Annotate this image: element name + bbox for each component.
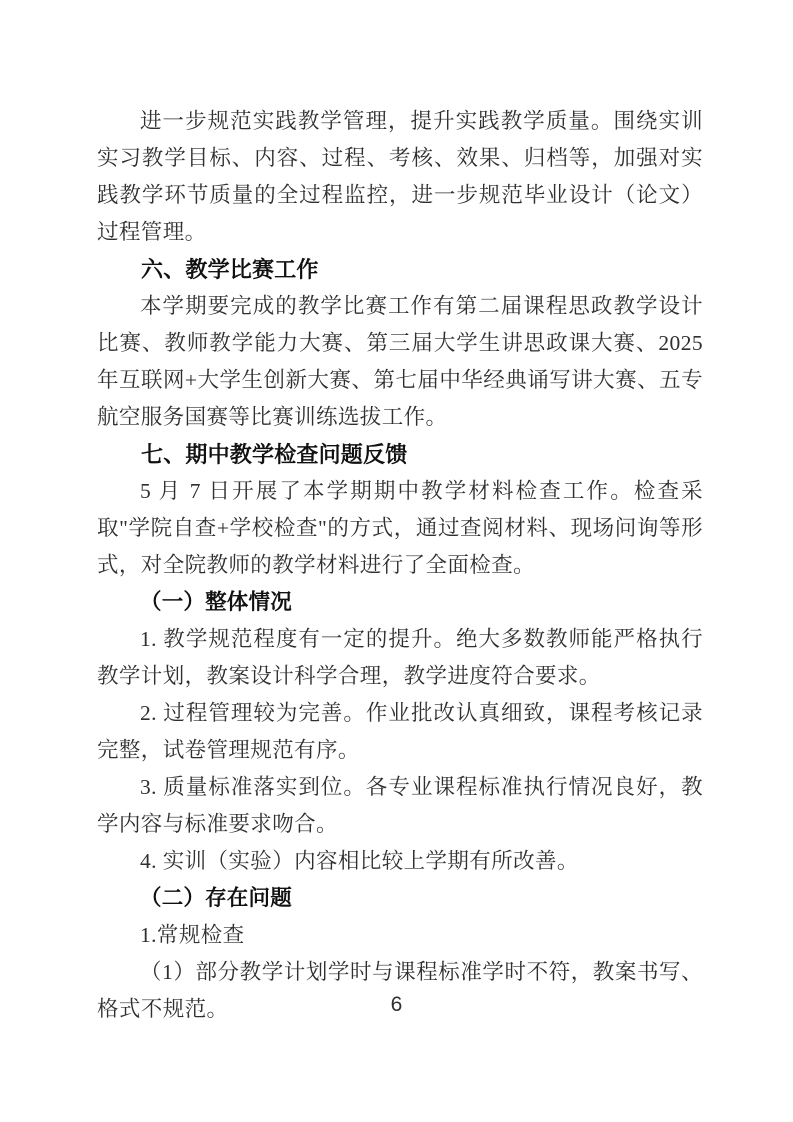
paragraph: 本学期要完成的教学比赛工作有第二届课程思政教学设计比赛、教师教学能力大赛、第三届… <box>97 288 703 436</box>
document-body: 进一步规范实践教学管理，提升实践教学质量。围绕实训实习教学目标、内容、过程、考核… <box>97 103 703 1028</box>
paragraph: 4. 实训（实验）内容相比较上学期有所改善。 <box>97 843 703 880</box>
page-number: 6 <box>0 993 793 1017</box>
section-heading: 七、期中教学检查问题反馈 <box>97 436 703 473</box>
paragraph: 3. 质量标准落实到位。各专业课程标准执行情况良好，教学内容与标准要求吻合。 <box>97 769 703 843</box>
document-page: 进一步规范实践教学管理，提升实践教学质量。围绕实训实习教学目标、内容、过程、考核… <box>0 0 793 1122</box>
paragraph: 1. 教学规范程度有一定的提升。绝大多数教师能严格执行教学计划，教案设计科学合理… <box>97 621 703 695</box>
section-heading: 六、教学比赛工作 <box>97 251 703 288</box>
subsection-heading: （一）整体情况 <box>97 584 703 621</box>
paragraph: 进一步规范实践教学管理，提升实践教学质量。围绕实训实习教学目标、内容、过程、考核… <box>97 103 703 251</box>
subsection-heading: （二）存在问题 <box>97 880 703 917</box>
paragraph: 1.常规检查 <box>97 917 703 954</box>
paragraph: 5 月 7 日开展了本学期期中教学材料检查工作。检查采取"学院自查+学校检查"的… <box>97 473 703 584</box>
paragraph: 2. 过程管理较为完善。作业批改认真细致，课程考核记录完整，试卷管理规范有序。 <box>97 695 703 769</box>
